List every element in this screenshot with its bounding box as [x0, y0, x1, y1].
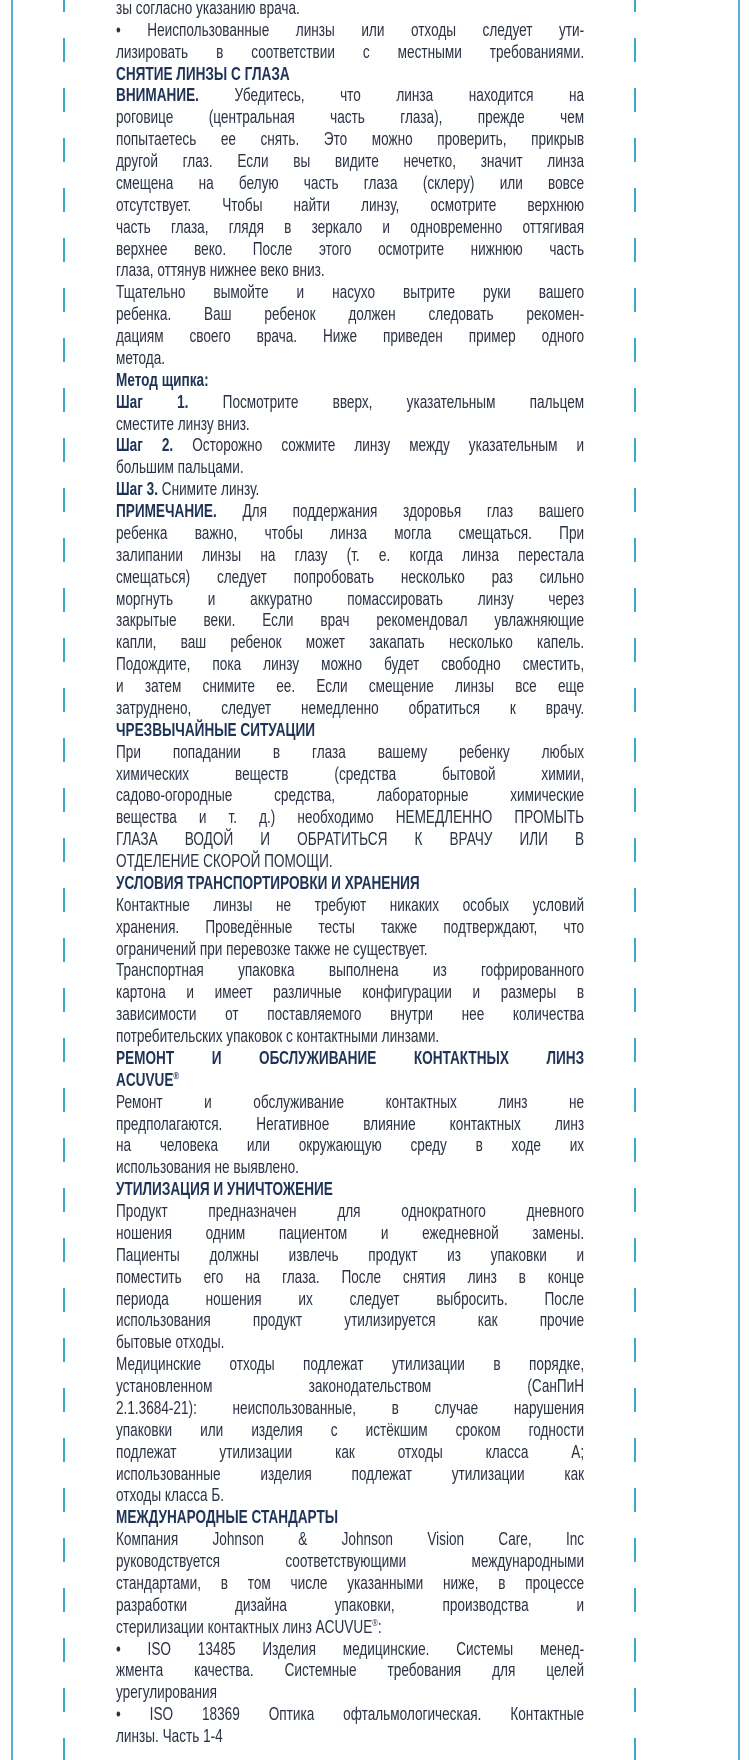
line-text: • ISO 13485 Изделия медицинские. Системы… [116, 1639, 584, 1659]
line-text: Осторожно сожмите линзу между указательн… [173, 435, 584, 455]
text-line: затруднено, следует немедленно обратитьс… [116, 697, 584, 719]
text-line-content: закрытые веки. Если врач рекомендовал ув… [116, 609, 584, 631]
text-line-content: Шаг 2. Осторожно сожмите линзу между ука… [116, 434, 584, 456]
text-line-content: подлежат утилизации как отходы класса А; [116, 1441, 584, 1463]
text-line-content: Пациенты должны извлечь продукт из упако… [116, 1244, 584, 1266]
text-line: использования не выявлено. [116, 1156, 584, 1178]
text-line-content: другой глаз. Если вы видите нечетко, зна… [116, 150, 584, 172]
line-text: вещества и т. д.) необходимо НЕМЕДЛЕННО … [116, 807, 584, 827]
text-line-content: ребенка важно, чтобы линза могла смещать… [116, 522, 584, 544]
text-line: руководствуется соответствующими междуна… [116, 1550, 584, 1572]
text-line-content: установленном законодательством (СанПиН [116, 1375, 584, 1397]
text-line-content: использования не выявлено. [116, 1156, 584, 1178]
text-line-content: поместить его на глаза. После снятия лин… [116, 1266, 584, 1288]
text-line-content: использования продукт утилизируется как … [116, 1309, 584, 1331]
line-text: поместить его на глаза. После снятия лин… [116, 1267, 584, 1287]
text-line-content: роговице (центральная часть глаза), преж… [116, 106, 584, 128]
text-line-content: Ремонт и обслуживание контактных линз не [116, 1091, 584, 1113]
text-line: установленном законодательством (СанПиН [116, 1375, 584, 1397]
text-line: хранения. Проведённые тесты также подтве… [116, 916, 584, 938]
text-line-content: отсутствует. Чтобы найти линзу, осмотрит… [116, 194, 584, 216]
line-text: УСЛОВИЯ ТРАНСПОРТИРОВКИ И ХРАНЕНИЯ [116, 873, 420, 893]
text-line: большим пальцами. [116, 456, 584, 478]
text-line: отсутствует. Чтобы найти линзу, осмотрит… [116, 194, 584, 216]
text-line: урегулирования [116, 1681, 584, 1703]
text-line: разработки дизайна упаковки, производств… [116, 1594, 584, 1616]
text-line-content: урегулирования [116, 1681, 584, 1703]
text-line: попытаетесь ее снять. Это можно проверит… [116, 128, 584, 150]
text-line-content: лизировать в соответствии с местными тре… [116, 41, 584, 63]
text-line-content: хранения. Проведённые тесты также подтве… [116, 916, 584, 938]
text-line-content: Медицинские отходы подлежат утилизации в… [116, 1353, 584, 1375]
line-text: химических веществ (средства бытовой хим… [116, 764, 584, 784]
text-line: глаза, оттянув нижнее веко вниз. [116, 259, 584, 281]
text-line: дациям своего врача. Ниже приведен приме… [116, 325, 584, 347]
text-line: Контактные линзы не требуют никаких особ… [116, 894, 584, 916]
line-text: использования продукт утилизируется как … [116, 1310, 584, 1330]
text-line-content: часть глаза, глядя в зеркало и одновреме… [116, 216, 584, 238]
line-text: бытовые отходы. [116, 1332, 224, 1352]
text-line-content: Тщательно вымойте и насухо вытрите руки … [116, 281, 584, 303]
bold-label: Шаг 1. [116, 392, 188, 412]
text-line: подлежат утилизации как отходы класса А; [116, 1441, 584, 1463]
text-line-content: 2.1.3684-21): неиспользованные, в случае… [116, 1397, 584, 1419]
text-line: капли, ваш ребенок может закапать нескол… [116, 631, 584, 653]
section-heading: УСЛОВИЯ ТРАНСПОРТИРОВКИ И ХРАНЕНИЯ [116, 872, 584, 894]
line-text: ОТДЕЛЕНИЕ СКОРОЙ ПОМОЩИ. [116, 851, 333, 871]
text-line-content: ACUVUE® [116, 1069, 584, 1091]
line-text: моргнуть и аккуратно помассировать линзу… [116, 589, 584, 609]
text-line-content: • Неиспользованные линзы или отходы след… [116, 19, 584, 41]
outer-border-left [11, 0, 13, 1760]
line-text: При попадании в глаза вашему ребенку люб… [116, 742, 584, 762]
text-line-content: ЧРЕЗВЫЧАЙНЫЕ СИТУАЦИИ [116, 719, 584, 741]
text-line: Транспортная упаковка выполнена из гофри… [116, 959, 584, 981]
text-line: смещаться) следует попробовать несколько… [116, 566, 584, 588]
line-text: ГЛАЗА ВОДОЙ И ОБРАТИТЬСЯ К ВРАЧУ ИЛИ В [116, 829, 584, 849]
text-line-content: Шаг 3. Снимите линзу. [116, 478, 584, 500]
text-line-content: РЕМОНТ И ОБСЛУЖИВАНИЕ КОНТАКТНЫХ ЛИНЗ [116, 1047, 584, 1069]
text-line: стандартами, в том числе указанными ниже… [116, 1572, 584, 1594]
text-line: Медицинские отходы подлежат утилизации в… [116, 1353, 584, 1375]
text-line: линзы. Часть 1-4 [116, 1725, 584, 1747]
line-text: закрытые веки. Если врач рекомендовал ув… [116, 610, 584, 630]
line-text: капли, ваш ребенок может закапать нескол… [116, 632, 584, 652]
line-text: Контактные линзы не требуют никаких особ… [116, 895, 584, 915]
line-text: Медицинские отходы подлежат утилизации в… [116, 1354, 584, 1374]
line-text: роговице (центральная часть глаза), преж… [116, 107, 584, 127]
line-text: Транспортная упаковка выполнена из гофри… [116, 960, 584, 980]
line-text: потребительских упаковок с контактными л… [116, 1026, 439, 1046]
line-text: садово-огородные средства, лабораторные … [116, 785, 584, 805]
text-line-content: дациям своего врача. Ниже приведен приме… [116, 325, 584, 347]
text-line-content: бытовые отходы. [116, 1331, 584, 1353]
line-text: зы согласно указанию врача. [116, 0, 300, 18]
cut-line-left [63, 0, 65, 1760]
text-line-content: При попадании в глаза вашему ребенку люб… [116, 741, 584, 763]
text-line-content: попытаетесь ее снять. Это можно проверит… [116, 128, 584, 150]
text-line: Шаг 1. Посмотрите вверх, указательным па… [116, 391, 584, 413]
registered-mark: ® [173, 1071, 179, 1082]
text-line: отходы класса Б. [116, 1484, 584, 1506]
line-text: использованные изделия подлежат утилизац… [116, 1464, 584, 1484]
line-text: и затем снимите ее. Если смещение линзы … [116, 676, 584, 696]
line-text: установленном законодательством (СанПиН [116, 1376, 584, 1396]
line-text: • Неиспользованные линзы или отходы след… [116, 20, 584, 40]
text-line-content: стерилизации контактных линз ACUVUE®: [116, 1616, 584, 1638]
text-line-content: зависимости от поставляемого внутри нее … [116, 1003, 584, 1025]
line-text: ЧРЕЗВЫЧАЙНЫЕ СИТУАЦИИ [116, 720, 315, 740]
line-text: Пациенты должны извлечь продукт из упако… [116, 1245, 584, 1265]
text-line-content: Шаг 1. Посмотрите вверх, указательным па… [116, 391, 584, 413]
text-line: Продукт предназначен для однократного дн… [116, 1200, 584, 1222]
text-line: ребенка. Ваш ребенок должен следовать ре… [116, 303, 584, 325]
text-line: на человека или окружающую среду в ходе … [116, 1134, 584, 1156]
line-text: на человека или окружающую среду в ходе … [116, 1135, 584, 1155]
line-text: попытаетесь ее снять. Это можно проверит… [116, 129, 584, 149]
cut-line-right [634, 0, 636, 1760]
line-text: стандартами, в том числе указанными ниже… [116, 1573, 584, 1593]
text-line: Шаг 2. Осторожно сожмите линзу между ука… [116, 434, 584, 456]
text-line: поместить его на глаза. После снятия лин… [116, 1266, 584, 1288]
text-line: метода. [116, 347, 584, 369]
text-line: Компания Johnson & Johnson Vision Care, … [116, 1528, 584, 1550]
text-line: часть глаза, глядя в зеркало и одновреме… [116, 216, 584, 238]
text-line-content: зы согласно указанию врача. [116, 0, 584, 19]
text-line: использованные изделия подлежат утилизац… [116, 1463, 584, 1485]
text-line: предполагаются. Негативное влияние конта… [116, 1113, 584, 1135]
text-line-content: использованные изделия подлежат утилизац… [116, 1463, 584, 1485]
line-text: отсутствует. Чтобы найти линзу, осмотрит… [116, 195, 584, 215]
text-line: закрытые веки. Если врач рекомендовал ув… [116, 609, 584, 631]
line-text: затруднено, следует немедленно обратитьс… [116, 698, 584, 718]
line-text: зависимости от поставляемого внутри нее … [116, 1004, 584, 1024]
bold-label: Шаг 2. [116, 435, 173, 455]
line-text: ребенка важно, чтобы линза могла смещать… [116, 523, 584, 543]
text-line-content: картона и имеет различные конфигурации и… [116, 981, 584, 1003]
text-line-content: ограничений при перевозке также не сущес… [116, 938, 584, 960]
line-text: часть глаза, глядя в зеркало и одновреме… [116, 217, 584, 237]
text-line: лизировать в соответствии с местными тре… [116, 41, 584, 63]
line-text: периода ношения их следует выбросить. По… [116, 1289, 584, 1309]
text-line: картона и имеет различные конфигурации и… [116, 981, 584, 1003]
bold-label: Шаг 3. [116, 479, 158, 499]
section-heading: РЕМОНТ И ОБСЛУЖИВАНИЕ КОНТАКТНЫХ ЛИНЗ [116, 1047, 584, 1069]
line-text: Посмотрите вверх, указательным пальцем [188, 392, 584, 412]
text-line-content: химических веществ (средства бытовой хим… [116, 763, 584, 785]
line-text: использования не выявлено. [116, 1157, 299, 1177]
line-text: метода. [116, 348, 165, 368]
text-line-content: линзы. Часть 1-4 [116, 1725, 584, 1747]
text-line-content: садово-огородные средства, лабораторные … [116, 784, 584, 806]
text-line-content: отходы класса Б. [116, 1484, 584, 1506]
text-line-content: • ISO 13485 Изделия медицинские. Системы… [116, 1638, 584, 1660]
text-line-content: ГЛАЗА ВОДОЙ И ОБРАТИТЬСЯ К ВРАЧУ ИЛИ В [116, 828, 584, 850]
text-line-content: Метод щипка: [116, 369, 584, 391]
text-line: роговице (центральная часть глаза), преж… [116, 106, 584, 128]
text-line: потребительских упаковок с контактными л… [116, 1025, 584, 1047]
text-line-content: УТИЛИЗАЦИЯ И УНИЧТОЖЕНИЕ [116, 1178, 584, 1200]
text-line-content: капли, ваш ребенок может закапать нескол… [116, 631, 584, 653]
text-line-content: разработки дизайна упаковки, производств… [116, 1594, 584, 1616]
line-text-tail: : [378, 1617, 382, 1637]
text-line-content: большим пальцами. [116, 456, 584, 478]
line-text: СНЯТИЕ ЛИНЗЫ С ГЛАЗА [116, 64, 290, 84]
line-text: Продукт предназначен для однократного дн… [116, 1201, 584, 1221]
line-text: лизировать в соответствии с местными тре… [116, 42, 584, 62]
line-text: жмента качества. Системные требования дл… [116, 1660, 584, 1680]
text-line: сместите линзу вниз. [116, 413, 584, 435]
line-text: руководствуется соответствующими междуна… [116, 1551, 584, 1571]
line-text: хранения. Проведённые тесты также подтве… [116, 917, 584, 937]
line-text: МЕЖДУНАРОДНЫЕ СТАНДАРТЫ [116, 1507, 338, 1527]
text-line: садово-огородные средства, лабораторные … [116, 784, 584, 806]
text-line-content: Компания Johnson & Johnson Vision Care, … [116, 1528, 584, 1550]
text-line-content: ПРИМЕЧАНИЕ. Для поддержания здоровья гла… [116, 500, 584, 522]
text-line: Шаг 3. Снимите линзу. [116, 478, 584, 500]
text-line: • Неиспользованные линзы или отходы след… [116, 19, 584, 41]
text-line-content: потребительских упаковок с контактными л… [116, 1025, 584, 1047]
text-line-content: Транспортная упаковка выполнена из гофри… [116, 959, 584, 981]
text-line-content: ВНИМАНИЕ. Убедитесь, что линза находится… [116, 84, 584, 106]
section-heading: ACUVUE® [116, 1069, 584, 1091]
text-line-content: вещества и т. д.) необходимо НЕМЕДЛЕННО … [116, 806, 584, 828]
text-line-content: МЕЖДУНАРОДНЫЕ СТАНДАРТЫ [116, 1506, 584, 1528]
text-line-content: залипании линзы на глазу (т. е. когда ли… [116, 544, 584, 566]
text-line: стерилизации контактных линз ACUVUE®: [116, 1616, 584, 1638]
text-line-content: и затем снимите ее. Если смещение линзы … [116, 675, 584, 697]
line-text: стерилизации контактных линз ACUVUE [116, 1617, 372, 1637]
line-text: линзы. Часть 1-4 [116, 1726, 223, 1746]
line-text: Убедитесь, что линза находится на [199, 85, 584, 105]
text-line: 2.1.3684-21): неиспользованные, в случае… [116, 1397, 584, 1419]
text-line-content: жмента качества. Системные требования дл… [116, 1659, 584, 1681]
line-text: отходы класса Б. [116, 1485, 224, 1505]
text-line-content: руководствуется соответствующими междуна… [116, 1550, 584, 1572]
section-heading: ЧРЕЗВЫЧАЙНЫЕ СИТУАЦИИ [116, 719, 584, 741]
text-line-content: сместите линзу вниз. [116, 413, 584, 435]
line-text: ношения одним пациентом и ежедневной зам… [116, 1223, 584, 1243]
section-heading: УТИЛИЗАЦИЯ И УНИЧТОЖЕНИЕ [116, 1178, 584, 1200]
text-line-content: стандартами, в том числе указанными ниже… [116, 1572, 584, 1594]
line-text: УТИЛИЗАЦИЯ И УНИЧТОЖЕНИЕ [116, 1179, 333, 1199]
section-heading: СНЯТИЕ ЛИНЗЫ С ГЛАЗА [116, 63, 584, 85]
text-line: смещена на белую часть глаза (склеру) ил… [116, 172, 584, 194]
line-text: ребенка. Ваш ребенок должен следовать ре… [116, 304, 584, 324]
text-line-content: глаза, оттянув нижнее веко вниз. [116, 259, 584, 281]
text-line-content: Подождите, пока линзу можно будет свобод… [116, 653, 584, 675]
text-line-content: периода ношения их следует выбросить. По… [116, 1288, 584, 1310]
text-line: ребенка важно, чтобы линза могла смещать… [116, 522, 584, 544]
text-line: • ISO 18369 Оптика офтальмологическая. К… [116, 1703, 584, 1725]
text-line: ограничений при перевозке также не сущес… [116, 938, 584, 960]
text-line-content: УСЛОВИЯ ТРАНСПОРТИРОВКИ И ХРАНЕНИЯ [116, 872, 584, 894]
line-text: ACUVUE [116, 1070, 173, 1090]
bold-label: ПРИМЕЧАНИЕ. [116, 501, 217, 521]
text-line: вещества и т. д.) необходимо НЕМЕДЛЕННО … [116, 806, 584, 828]
text-line: Тщательно вымойте и насухо вытрите руки … [116, 281, 584, 303]
text-line: Ремонт и обслуживание контактных линз не [116, 1091, 584, 1113]
text-line-content: смещена на белую часть глаза (склеру) ил… [116, 172, 584, 194]
text-line: жмента качества. Системные требования дл… [116, 1659, 584, 1681]
text-line-content: предполагаются. Негативное влияние конта… [116, 1113, 584, 1135]
text-line: ПРИМЕЧАНИЕ. Для поддержания здоровья гла… [116, 500, 584, 522]
instruction-leaflet-text: зы согласно указанию врача.• Неиспользов… [116, 0, 584, 1760]
text-line: верхнее веко. После этого осмотрите нижн… [116, 238, 584, 260]
text-line: упаковки или изделия с истёкшим сроком г… [116, 1419, 584, 1441]
text-line-content: смещаться) следует попробовать несколько… [116, 566, 584, 588]
text-line-content: ОТДЕЛЕНИЕ СКОРОЙ ПОМОЩИ. [116, 850, 584, 872]
text-line: зависимости от поставляемого внутри нее … [116, 1003, 584, 1025]
section-heading: МЕЖДУНАРОДНЫЕ СТАНДАРТЫ [116, 1506, 584, 1528]
line-text: Тщательно вымойте и насухо вытрите руки … [116, 282, 584, 302]
text-line: периода ношения их следует выбросить. По… [116, 1288, 584, 1310]
text-line-content: ребенка. Ваш ребенок должен следовать ре… [116, 303, 584, 325]
text-line: ОТДЕЛЕНИЕ СКОРОЙ ПОМОЩИ. [116, 850, 584, 872]
line-text: картона и имеет различные конфигурации и… [116, 982, 584, 1002]
text-line-content: моргнуть и аккуратно помассировать линзу… [116, 588, 584, 610]
line-text: залипании линзы на глазу (т. е. когда ли… [116, 545, 584, 565]
line-text: большим пальцами. [116, 457, 244, 477]
line-text: разработки дизайна упаковки, производств… [116, 1595, 584, 1615]
outer-border-right [738, 0, 740, 1760]
text-line-content: упаковки или изделия с истёкшим сроком г… [116, 1419, 584, 1441]
text-line: бытовые отходы. [116, 1331, 584, 1353]
text-line: другой глаз. Если вы видите нечетко, зна… [116, 150, 584, 172]
line-text: Метод щипка: [116, 370, 209, 390]
line-text: сместите линзу вниз. [116, 414, 250, 434]
text-line: ношения одним пациентом и ежедневной зам… [116, 1222, 584, 1244]
bold-label: ВНИМАНИЕ. [116, 85, 199, 105]
text-line-content: СНЯТИЕ ЛИНЗЫ С ГЛАЗА [116, 63, 584, 85]
text-line: моргнуть и аккуратно помассировать линзу… [116, 588, 584, 610]
text-line-content: Контактные линзы не требуют никаких особ… [116, 894, 584, 916]
text-line-content: ношения одним пациентом и ежедневной зам… [116, 1222, 584, 1244]
line-text: Снимите линзу. [158, 479, 259, 499]
line-text: ограничений при перевозке также не сущес… [116, 939, 427, 959]
text-line: Подождите, пока линзу можно будет свобод… [116, 653, 584, 675]
line-text: глаза, оттянув нижнее веко вниз. [116, 260, 325, 280]
line-text: дациям своего врача. Ниже приведен приме… [116, 326, 584, 346]
text-line: • ISO 13485 Изделия медицинские. Системы… [116, 1638, 584, 1660]
text-line-content: на человека или окружающую среду в ходе … [116, 1134, 584, 1156]
line-text: упаковки или изделия с истёкшим сроком г… [116, 1420, 584, 1440]
line-text: 2.1.3684-21): неиспользованные, в случае… [116, 1398, 584, 1418]
line-text: другой глаз. Если вы видите нечетко, зна… [116, 151, 584, 171]
text-line: ГЛАЗА ВОДОЙ И ОБРАТИТЬСЯ К ВРАЧУ ИЛИ В [116, 828, 584, 850]
line-text: РЕМОНТ И ОБСЛУЖИВАНИЕ КОНТАКТНЫХ ЛИНЗ [116, 1048, 584, 1068]
section-heading: Метод щипка: [116, 369, 584, 391]
text-line-content: затруднено, следует немедленно обратитьс… [116, 697, 584, 719]
line-text: • ISO 18369 Оптика офтальмологическая. К… [116, 1704, 584, 1724]
line-text: Подождите, пока линзу можно будет свобод… [116, 654, 584, 674]
text-line-content: • ISO 18369 Оптика офтальмологическая. К… [116, 1703, 584, 1725]
line-text: верхнее веко. После этого осмотрите нижн… [116, 239, 584, 259]
line-text: Для поддержания здоровья глаз вашего [217, 501, 584, 521]
text-line: химических веществ (средства бытовой хим… [116, 763, 584, 785]
line-text: предполагаются. Негативное влияние конта… [116, 1114, 584, 1134]
text-line: использования продукт утилизируется как … [116, 1309, 584, 1331]
line-text: Ремонт и обслуживание контактных линз не [116, 1092, 584, 1112]
text-line: Пациенты должны извлечь продукт из упако… [116, 1244, 584, 1266]
text-line-content: Продукт предназначен для однократного дн… [116, 1200, 584, 1222]
text-line: залипании линзы на глазу (т. е. когда ли… [116, 544, 584, 566]
text-line-content: метода. [116, 347, 584, 369]
text-line: зы согласно указанию врача. [116, 0, 584, 19]
text-line: При попадании в глаза вашему ребенку люб… [116, 741, 584, 763]
line-text: подлежат утилизации как отходы класса А; [116, 1442, 584, 1462]
text-line-content: верхнее веко. После этого осмотрите нижн… [116, 238, 584, 260]
line-text: смещаться) следует попробовать несколько… [116, 567, 584, 587]
text-line: ВНИМАНИЕ. Убедитесь, что линза находится… [116, 84, 584, 106]
line-text: смещена на белую часть глаза (склеру) ил… [116, 173, 584, 193]
line-text: урегулирования [116, 1682, 217, 1702]
line-text: Компания Johnson & Johnson Vision Care, … [116, 1529, 584, 1549]
text-line: и затем снимите ее. Если смещение линзы … [116, 675, 584, 697]
